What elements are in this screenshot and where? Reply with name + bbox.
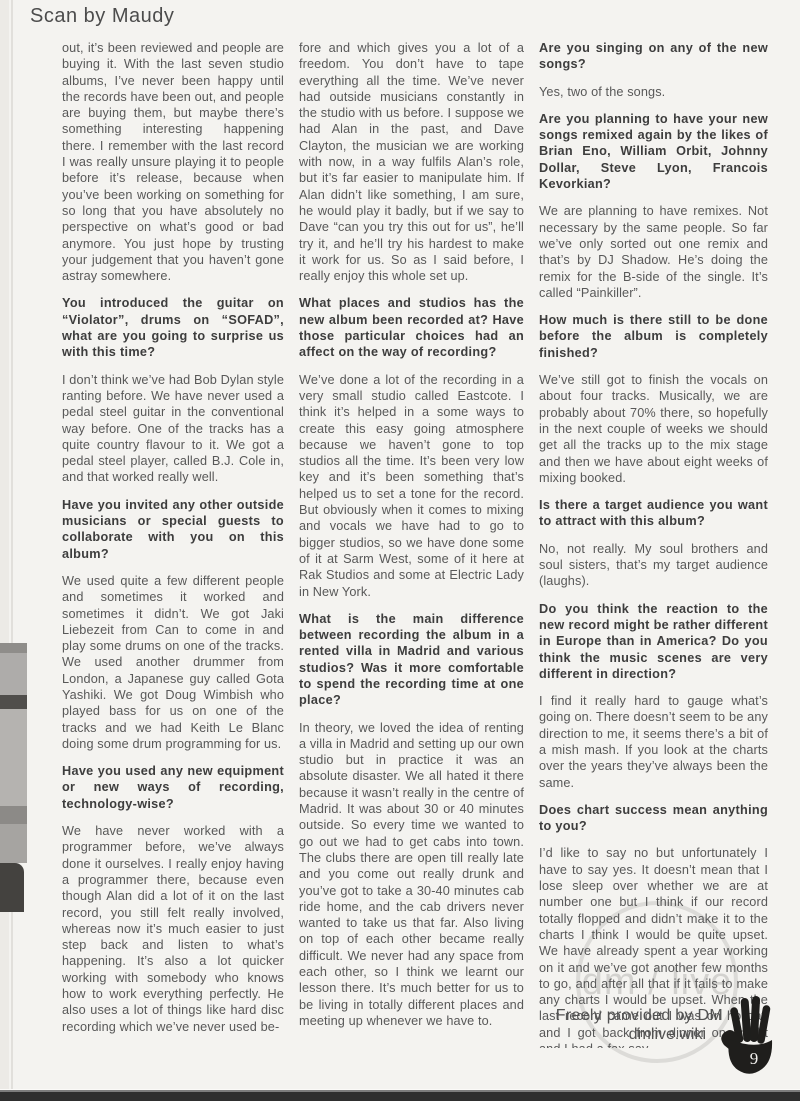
scan-bottom-edge	[0, 1089, 800, 1101]
interview-answer: I don’t think we’ve had Bob Dylan style …	[62, 372, 284, 486]
scan-artifact-strip	[0, 863, 24, 912]
interview-question: What places and studios has the new albu…	[299, 295, 524, 360]
interview-question: Have you invited any other outside music…	[62, 497, 284, 562]
interview-question: Are you singing on any of the new songs?	[539, 40, 768, 73]
interview-column-3: Are you singing on any of the new songs?…	[539, 40, 768, 1048]
interview-answer: We’ve done a lot of the recording in a v…	[299, 372, 524, 600]
interview-answer: We are planning to have remixes. Not nec…	[539, 203, 768, 301]
interview-question: Have you used any new equipment or new w…	[62, 763, 284, 812]
interview-question: What is the main difference between reco…	[299, 611, 524, 709]
interview-question: Is there a target audience you want to a…	[539, 497, 768, 530]
scan-artifact-strip	[0, 653, 27, 695]
interview-answer: We’ve still got to finish the vocals on …	[539, 372, 768, 486]
scan-left-edge	[0, 0, 9, 1101]
interview-question: Do you think the reaction to the new rec…	[539, 601, 768, 682]
scan-artifact-strip	[0, 643, 27, 653]
interview-answer: In theory, we loved the idea of renting …	[299, 720, 524, 1030]
interview-answer: fore and which gives you a lot of a free…	[299, 40, 524, 284]
interview-question: You introduced the guitar on “Violator”,…	[62, 295, 284, 360]
dmlive-hand-logo-icon: 9	[717, 992, 783, 1076]
interview-answer: Yes, two of the songs.	[539, 84, 768, 100]
interview-question: Are you planning to have your new songs …	[539, 111, 768, 192]
scan-credit: Scan by Maudy	[30, 5, 174, 28]
interview-question: How much is there still to be done befor…	[539, 312, 768, 361]
scan-artifact-strip	[0, 695, 27, 709]
interview-answer: No, not really. My soul brothers and sou…	[539, 541, 768, 590]
interview-question: Does chart success mean anything to you?	[539, 802, 768, 835]
scan-artifact-strip	[0, 824, 27, 863]
interview-column-1: out, it’s been reviewed and people are b…	[62, 40, 284, 1048]
interview-answer: We used quite a few different people and…	[62, 573, 284, 752]
scan-artifact-strip	[0, 806, 27, 824]
interview-answer: I find it really hard to gauge what’s go…	[539, 693, 768, 791]
footer-provided-by: Freely provided by DM	[500, 1007, 723, 1025]
interview-answer: out, it’s been reviewed and people are b…	[62, 40, 284, 284]
interview-column-2: fore and which gives you a lot of a free…	[299, 40, 524, 1048]
scan-artifact-strip	[0, 709, 27, 806]
footer-site-url: dmlive.wiki	[500, 1026, 706, 1044]
scan-fold-line	[11, 0, 13, 1101]
page-number: 9	[750, 1049, 759, 1068]
interview-answer: We have never worked with a programmer b…	[62, 823, 284, 1035]
